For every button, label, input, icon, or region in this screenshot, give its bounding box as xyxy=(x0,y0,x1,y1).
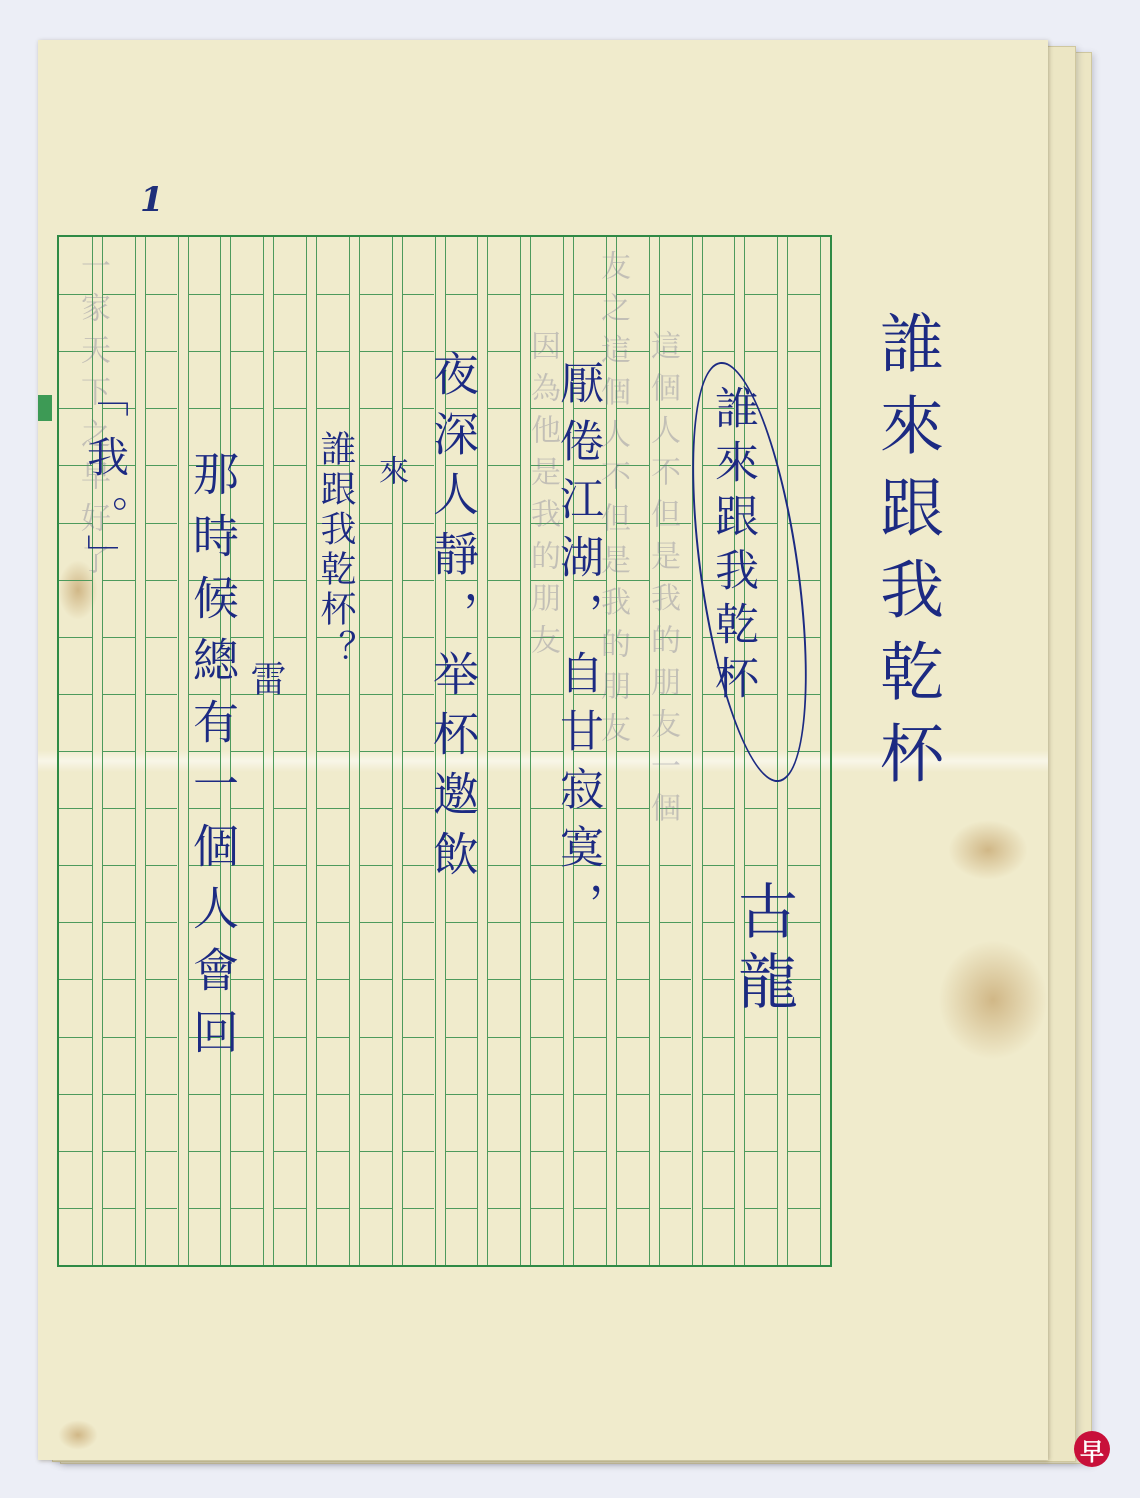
grid-row-line xyxy=(487,865,520,866)
grid-row-line xyxy=(616,1037,649,1038)
grid-row-line xyxy=(316,751,349,752)
author-signature: 古龍 xyxy=(720,880,806,1020)
grid-row-line xyxy=(273,808,306,809)
grid-row-line xyxy=(188,351,221,352)
grid-row-line xyxy=(487,637,520,638)
grid-gutter-line xyxy=(263,237,264,1265)
grid-row-line xyxy=(530,1151,563,1152)
grid-row-line xyxy=(402,1151,435,1152)
grid-row-line xyxy=(659,979,692,980)
grid-row-line xyxy=(702,1151,735,1152)
grid-row-line xyxy=(316,1037,349,1038)
grid-row-line xyxy=(145,1037,178,1038)
grid-row-line xyxy=(573,979,606,980)
grid-row-line xyxy=(787,465,820,466)
grid-row-line xyxy=(359,1208,392,1209)
grid-row-line xyxy=(273,751,306,752)
grid-row-line xyxy=(402,1094,435,1095)
grid-row-line xyxy=(402,294,435,295)
grid-row-line xyxy=(59,979,92,980)
grid-row-line xyxy=(359,1094,392,1095)
grid-row-line xyxy=(445,1037,478,1038)
grid-row-line xyxy=(744,865,777,866)
grid-row-line xyxy=(102,808,135,809)
grid-row-line xyxy=(445,922,478,923)
grid-row-line xyxy=(316,1208,349,1209)
grid-row-line xyxy=(359,523,392,524)
grid-row-line xyxy=(744,351,777,352)
grid-row-line xyxy=(316,294,349,295)
grid-row-line xyxy=(316,351,349,352)
grid-row-line xyxy=(359,351,392,352)
grid-row-line xyxy=(102,922,135,923)
grid-row-line xyxy=(273,408,306,409)
grid-row-line xyxy=(188,1151,221,1152)
grid-row-line xyxy=(102,1208,135,1209)
grid-row-line xyxy=(744,1151,777,1152)
grid-row-line xyxy=(616,922,649,923)
grid-row-line xyxy=(359,580,392,581)
grid-row-line xyxy=(273,523,306,524)
grid-row-line xyxy=(145,1094,178,1095)
manuscript-line-3: 誰跟我乾杯？ xyxy=(310,430,361,670)
grid-row-line xyxy=(787,1037,820,1038)
grid-row-line xyxy=(530,1208,563,1209)
grid-row-line xyxy=(702,865,735,866)
grid-row-line xyxy=(359,979,392,980)
inserted-character: 雷 xyxy=(240,660,291,706)
grid-row-line xyxy=(102,865,135,866)
grid-row-line xyxy=(530,1037,563,1038)
grid-row-line xyxy=(702,1208,735,1209)
grid-row-line xyxy=(273,1151,306,1152)
grid-row-line xyxy=(102,1151,135,1152)
grid-row-line xyxy=(273,351,306,352)
grid-row-line xyxy=(59,865,92,866)
grid-row-line xyxy=(487,523,520,524)
grid-row-line xyxy=(273,580,306,581)
grid-row-line xyxy=(787,1094,820,1095)
grid-row-line xyxy=(273,979,306,980)
grid-row-line xyxy=(659,1037,692,1038)
grid-row-line xyxy=(659,922,692,923)
grid-row-line xyxy=(230,351,263,352)
grid-row-line xyxy=(787,808,820,809)
grid-row-line xyxy=(787,408,820,409)
grid-row-line xyxy=(445,1151,478,1152)
grid-row-line xyxy=(402,979,435,980)
grid-row-line xyxy=(230,294,263,295)
grid-row-line xyxy=(359,294,392,295)
grid-row-line xyxy=(316,979,349,980)
grid-row-line xyxy=(59,808,92,809)
grid-row-line xyxy=(273,465,306,466)
grid-row-line xyxy=(273,1094,306,1095)
grid-row-line xyxy=(487,694,520,695)
grid-row-line xyxy=(659,1208,692,1209)
grid-row-line xyxy=(316,408,349,409)
grid-row-line xyxy=(487,465,520,466)
grid-row-line xyxy=(316,1151,349,1152)
grid-row-line xyxy=(59,751,92,752)
grid-row-line xyxy=(487,1037,520,1038)
grid-row-line xyxy=(445,294,478,295)
grid-row-line xyxy=(102,694,135,695)
inserted-character: 來 xyxy=(368,455,412,495)
grid-row-line xyxy=(145,865,178,866)
grid-row-line xyxy=(188,1094,221,1095)
grid-row-line xyxy=(573,1094,606,1095)
grid-row-line xyxy=(145,694,178,695)
stain xyxy=(948,820,1028,880)
grid-row-line xyxy=(359,922,392,923)
manuscript-line-5: 「我。」 xyxy=(75,375,135,594)
grid-row-line xyxy=(616,979,649,980)
grid-row-line xyxy=(273,294,306,295)
grid-row-line xyxy=(573,1037,606,1038)
manuscript-line-1: 厭倦江湖，自甘寂寞， xyxy=(545,360,609,940)
grid-row-line xyxy=(102,1094,135,1095)
grid-row-line xyxy=(445,1094,478,1095)
grid-row-line xyxy=(702,1094,735,1095)
grid-row-line xyxy=(659,865,692,866)
grid-row-line xyxy=(659,1094,692,1095)
grid-row-line xyxy=(230,1151,263,1152)
grid-row-line xyxy=(316,922,349,923)
grid-row-line xyxy=(273,865,306,866)
grid-row-line xyxy=(487,922,520,923)
grid-row-line xyxy=(102,979,135,980)
zaobao-logo: 早 xyxy=(1074,1431,1110,1467)
grid-row-line xyxy=(273,922,306,923)
grid-row-line xyxy=(230,1208,263,1209)
grid-row-line xyxy=(230,1094,263,1095)
grid-row-line xyxy=(359,865,392,866)
grid-row-line xyxy=(145,1151,178,1152)
grid-row-line xyxy=(487,351,520,352)
grid-row-line xyxy=(188,294,221,295)
grid-gutter-line xyxy=(178,237,179,1265)
grid-row-line xyxy=(744,808,777,809)
grid-gutter-line xyxy=(820,237,821,1265)
grid-row-line xyxy=(145,751,178,752)
manuscript-line-4: 那時候總有一個人會回 xyxy=(180,450,246,1070)
grid-row-line xyxy=(787,1151,820,1152)
grid-row-line xyxy=(59,1037,92,1038)
grid-row-line xyxy=(787,523,820,524)
grid-row-line xyxy=(702,294,735,295)
grid-gutter-line xyxy=(349,237,350,1265)
grid-row-line xyxy=(744,1037,777,1038)
grid-row-line xyxy=(787,351,820,352)
grid-row-line xyxy=(744,1094,777,1095)
grid-row-line xyxy=(402,922,435,923)
grid-row-line xyxy=(359,408,392,409)
grid-row-line xyxy=(487,408,520,409)
green-tab-marker xyxy=(38,395,52,421)
grid-row-line xyxy=(145,580,178,581)
grid-row-line xyxy=(445,1208,478,1209)
grid-row-line xyxy=(145,979,178,980)
grid-gutter-line xyxy=(692,237,693,1265)
grid-row-line xyxy=(487,751,520,752)
grid-row-line xyxy=(273,1037,306,1038)
grid-row-line xyxy=(102,751,135,752)
grid-row-line xyxy=(59,1208,92,1209)
grid-row-line xyxy=(530,1094,563,1095)
grid-row-line xyxy=(616,1094,649,1095)
grid-row-line xyxy=(487,979,520,980)
grid-row-line xyxy=(787,1208,820,1209)
grid-row-line xyxy=(616,1208,649,1209)
grid-row-line xyxy=(230,408,263,409)
grid-row-line xyxy=(487,1208,520,1209)
grid-row-line xyxy=(59,694,92,695)
grid-row-line xyxy=(402,1037,435,1038)
grid-row-line xyxy=(59,637,92,638)
grid-row-line xyxy=(487,294,520,295)
grid-row-line xyxy=(188,1208,221,1209)
grid-row-line xyxy=(359,808,392,809)
grid-row-line xyxy=(359,751,392,752)
grid-row-line xyxy=(59,1094,92,1095)
grid-row-line xyxy=(787,294,820,295)
grid-row-line xyxy=(316,1094,349,1095)
grid-row-line xyxy=(702,808,735,809)
grid-row-line xyxy=(273,1208,306,1209)
grid-row-line xyxy=(359,1151,392,1152)
grid-row-line xyxy=(145,523,178,524)
page-number: 1 xyxy=(140,180,164,220)
grid-row-line xyxy=(273,637,306,638)
grid-row-line xyxy=(530,979,563,980)
grid-row-line xyxy=(702,351,735,352)
grid-row-line xyxy=(316,808,349,809)
margin-note: 誰來跟我乾杯 xyxy=(860,310,952,802)
grid-row-line xyxy=(573,1208,606,1209)
grid-row-line xyxy=(445,979,478,980)
grid-row-line xyxy=(402,1208,435,1209)
grid-row-line xyxy=(145,808,178,809)
grid-row-line xyxy=(702,1037,735,1038)
grid-row-line xyxy=(744,294,777,295)
grid-gutter-line xyxy=(392,237,393,1265)
grid-row-line xyxy=(573,1151,606,1152)
grid-row-line xyxy=(530,294,563,295)
grid-row-line xyxy=(102,637,135,638)
grid-row-line xyxy=(659,294,692,295)
grid-row-line xyxy=(359,1037,392,1038)
grid-row-line xyxy=(145,922,178,923)
grid-row-line xyxy=(316,865,349,866)
grid-row-line xyxy=(487,1094,520,1095)
manuscript-line-2: 夜深人靜，举杯邀飲 xyxy=(420,350,486,890)
grid-row-line xyxy=(487,1151,520,1152)
grid-row-line xyxy=(487,580,520,581)
grid-row-line xyxy=(616,865,649,866)
grid-row-line xyxy=(316,694,349,695)
grid-gutter-line xyxy=(306,237,307,1265)
grid-row-line xyxy=(102,1037,135,1038)
grid-row-line xyxy=(59,922,92,923)
grid-row-line xyxy=(188,408,221,409)
grid-row-line xyxy=(145,637,178,638)
grid-row-line xyxy=(145,408,178,409)
grid-row-line xyxy=(744,1208,777,1209)
grid-row-line xyxy=(659,1151,692,1152)
stain xyxy=(938,940,1048,1060)
grid-row-line xyxy=(787,865,820,866)
grid-row-line xyxy=(359,694,392,695)
grid-row-line xyxy=(702,751,735,752)
stain xyxy=(58,1420,98,1450)
grid-row-line xyxy=(616,1151,649,1152)
faint-draft-text: 這個人不但是我的朋友一個 xyxy=(640,330,684,834)
grid-row-line xyxy=(487,808,520,809)
grid-row-line xyxy=(359,637,392,638)
grid-row-line xyxy=(145,465,178,466)
grid-row-line xyxy=(145,294,178,295)
grid-row-line xyxy=(145,351,178,352)
grid-row-line xyxy=(145,1208,178,1209)
grid-row-line xyxy=(59,1151,92,1152)
